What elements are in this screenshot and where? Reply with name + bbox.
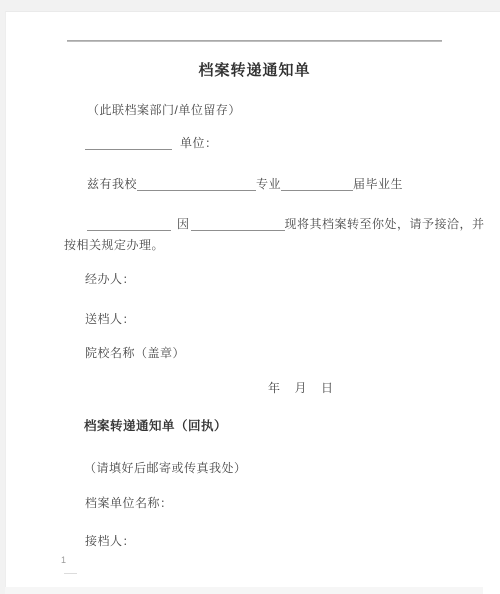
footnote-separator [64,573,77,574]
graduate-label: 届毕业生 [353,177,403,191]
unit-label: 单位： [180,136,218,150]
archive-unit-name-label: 档案单位名称： [85,496,173,510]
archive-sender-label: 送档人： [85,312,135,326]
because-label: 因 [177,217,190,231]
date-line: 年 月 日 [268,381,334,395]
header-rule [67,40,442,42]
reason-row: 因 现将其档案转至你处，请予接洽，并 [87,217,485,231]
school-seal-label: 院校名称（盖章） [85,346,185,360]
page-number: 1 [61,555,66,566]
student-name-blank-field[interactable] [87,218,171,231]
receipt-title: 档案转递通知单（回执） [84,419,227,433]
unit-name-blank-field[interactable] [85,137,172,150]
transfer-statement-wrap: 按相关规定办理。 [64,238,164,252]
copy-retention-note: （此联档案部门/单位留存） [87,103,241,117]
major-label: 专业 [256,177,281,191]
date-year-label: 年 [268,381,281,395]
date-day-label: 日 [321,381,334,395]
archive-receiver-label: 接档人： [85,534,135,548]
receipt-mail-note: （请填好后邮寄或传真我处） [84,461,247,475]
viewer-left-margin [0,0,5,594]
school-name-blank-field[interactable] [137,178,256,191]
viewer-top-margin [0,0,500,11]
unit-row: 单位： [85,136,218,150]
handler-label: 经办人： [85,272,135,286]
graduation-year-blank-field[interactable] [281,178,353,191]
date-month-label: 月 [295,381,308,395]
reason-blank-field[interactable] [191,218,285,231]
viewer-bottom-margin [5,587,483,594]
transfer-statement: 现将其档案转至你处，请予接洽，并 [285,217,485,231]
document-viewer: 档案转递通知单 （此联档案部门/单位留存） 单位： 兹有我校 专业 届毕业生 因… [0,0,500,594]
document-title: 档案转递通知单 [67,61,442,80]
school-prefix-label: 兹有我校 [87,177,137,191]
document-page [5,11,500,587]
student-row: 兹有我校 专业 届毕业生 [87,177,403,191]
